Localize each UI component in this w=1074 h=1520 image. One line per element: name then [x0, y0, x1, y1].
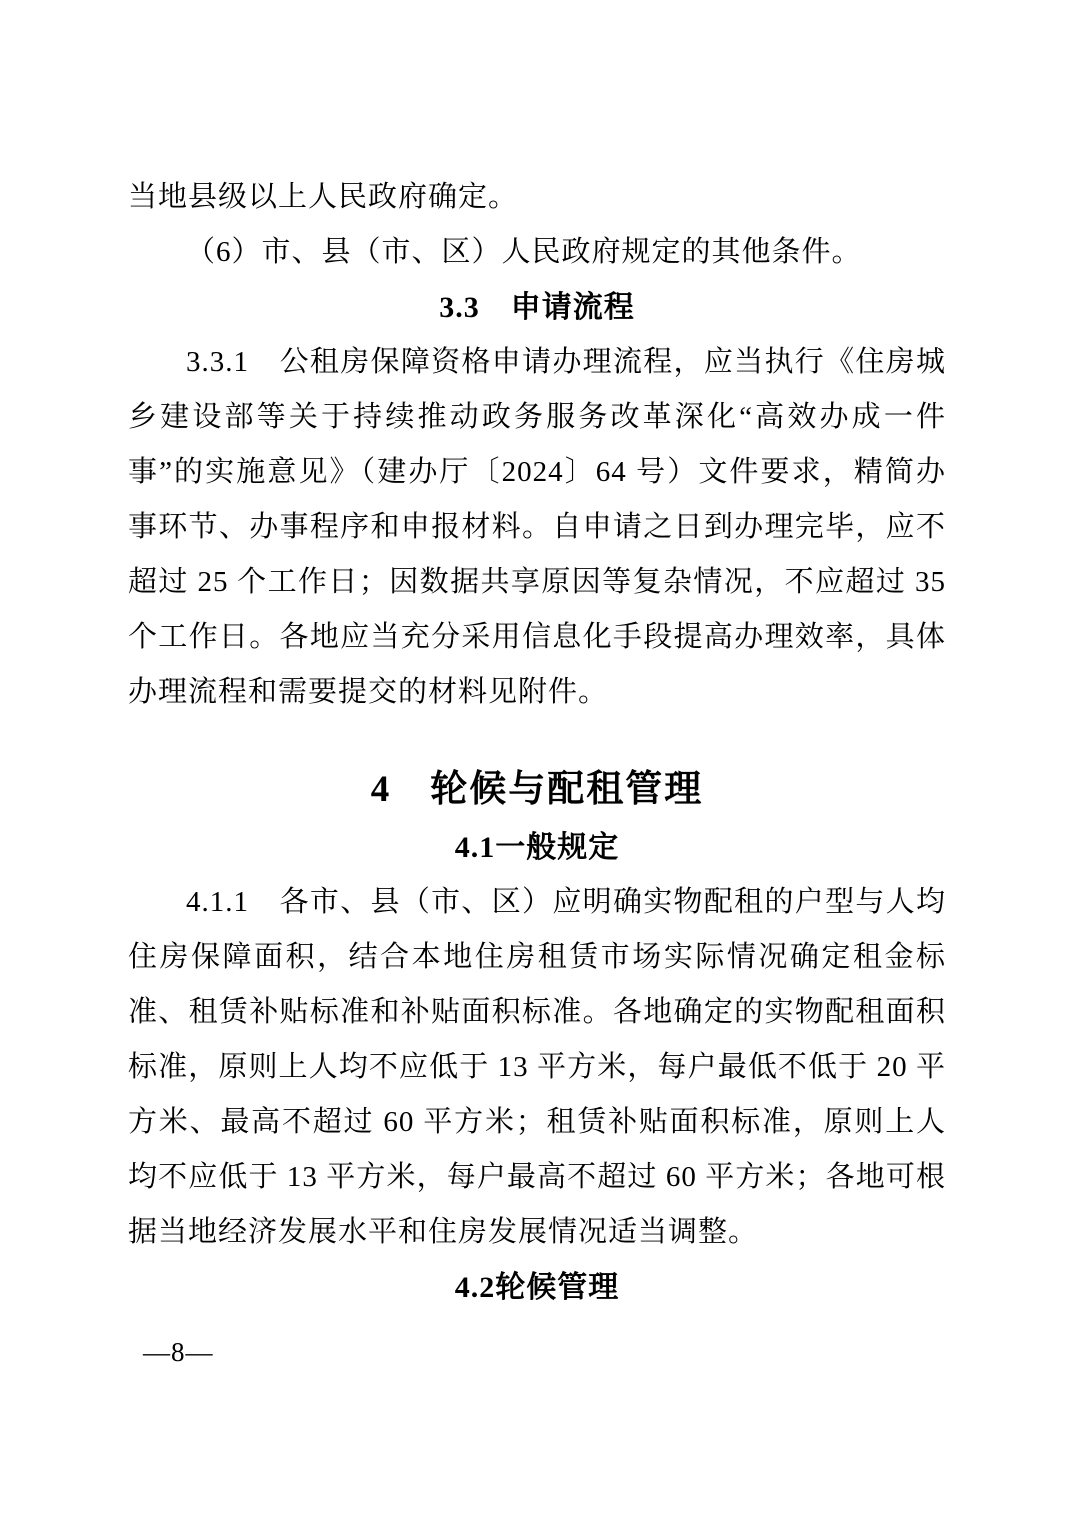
page-body: 当地县级以上人民政府确定。 （6）市、县（市、区）人民政府规定的其他条件。 3.…: [128, 170, 946, 1315]
heading-3-3-application-process: 3.3 申请流程: [128, 280, 946, 335]
paragraph-item-6: （6）市、县（市、区）人民政府规定的其他条件。: [128, 225, 946, 280]
heading-chapter-4-waitlist-and-allocation: 4 轮候与配租管理: [128, 760, 946, 820]
page-number: —8—: [143, 1336, 214, 1368]
heading-4-1-general-provisions: 4.1一般规定: [128, 820, 946, 875]
document-page: 当地县级以上人民政府确定。 （6）市、县（市、区）人民政府规定的其他条件。 3.…: [0, 0, 1074, 1520]
paragraph-continuation: 当地县级以上人民政府确定。: [128, 170, 946, 225]
paragraph-4-1-1: 4.1.1 各市、县（市、区）应明确实物配租的户型与人均住房保障面积，结合本地住…: [128, 875, 946, 1260]
heading-4-2-waitlist-management: 4.2轮候管理: [128, 1260, 946, 1315]
paragraph-3-3-1: 3.3.1 公租房保障资格申请办理流程，应当执行《住房城乡建设部等关于持续推动政…: [128, 335, 946, 720]
